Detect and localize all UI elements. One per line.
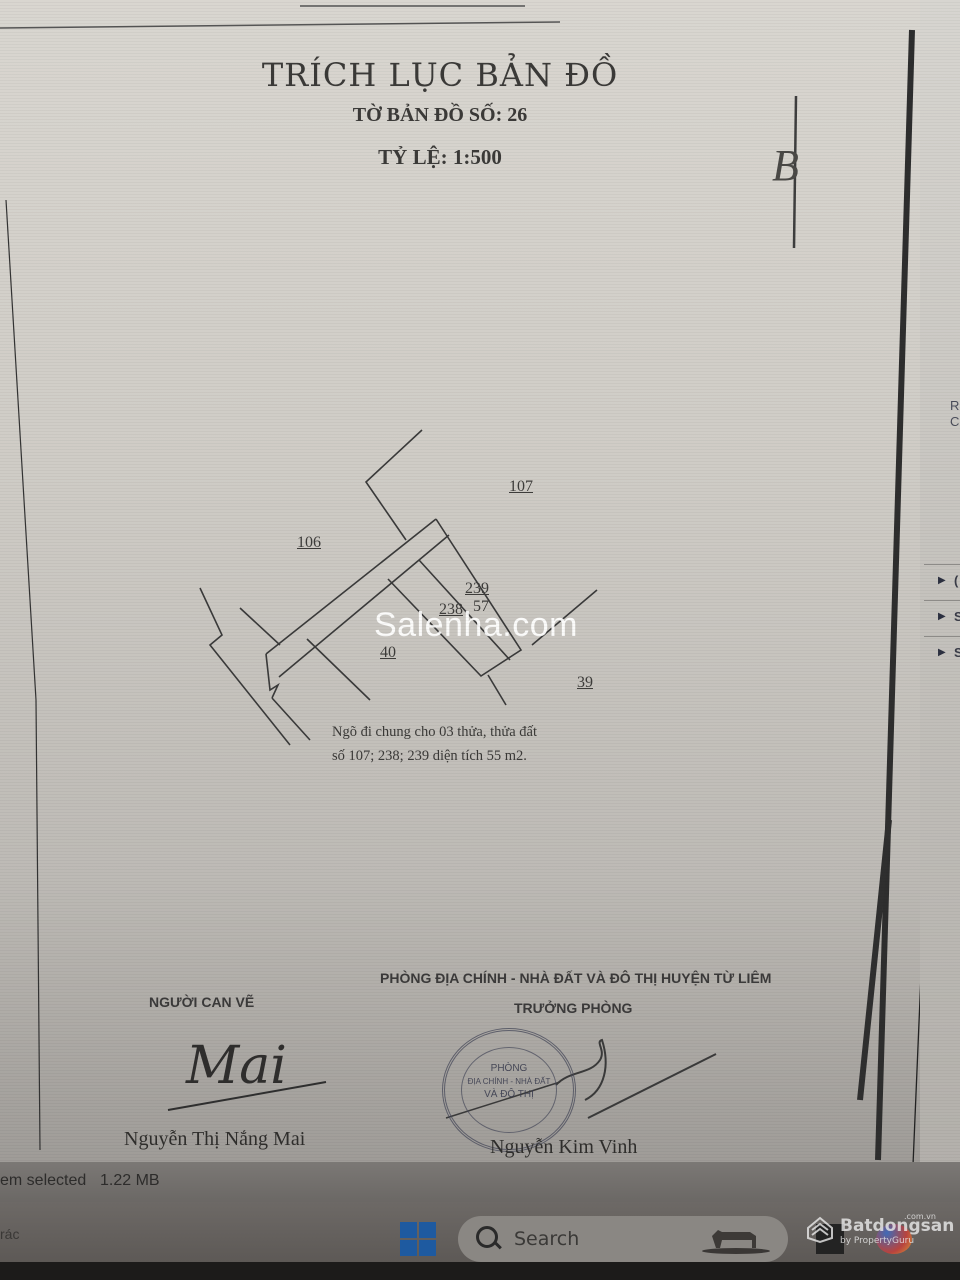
stamp-text: VÀ ĐÔ THỊ	[462, 1088, 556, 1101]
drafter-name: Nguyễn Thị Nắng Mai	[124, 1128, 305, 1151]
expand-arrow-icon: ▶	[938, 575, 946, 586]
brand-name: Batdongsan	[840, 1216, 954, 1236]
side-panel-row[interactable]: ▶ S	[924, 600, 960, 637]
batdongsan-logo-icon	[806, 1216, 834, 1244]
search-highlight-icon	[698, 1224, 772, 1254]
status-bar: em selected 1.22 MB	[0, 1162, 960, 1202]
search-placeholder: Search	[514, 1228, 579, 1250]
stamp-text: PHÒNG	[462, 1062, 556, 1075]
stamp-text: ĐỊA CHÍNH - NHÀ ĐẤT	[462, 1075, 556, 1088]
side-panel: R C ▶ ( ▶ S ▶ S	[920, 0, 960, 1170]
taskbar-weather-text[interactable]: rác	[0, 1226, 19, 1242]
document-page: TRÍCH LỤC BẢN ĐỒ TỜ BẢN ĐỒ SỐ: 26 TỶ LỆ:…	[0, 0, 960, 1170]
taskbar-search[interactable]: Search	[458, 1216, 788, 1262]
side-panel-row[interactable]: ▶ S	[924, 636, 960, 673]
selection-size: 1.22 MB	[100, 1172, 160, 1190]
selection-status: em selected	[0, 1172, 86, 1190]
monitor-bezel	[0, 1262, 960, 1280]
side-panel-text: C	[950, 414, 959, 429]
monitor-screen: TRÍCH LỤC BẢN ĐỒ TỜ BẢN ĐỒ SỐ: 26 TỶ LỆ:…	[0, 0, 960, 1170]
side-panel-text: R	[950, 398, 959, 413]
side-panel-row-label: (	[954, 573, 958, 588]
windows-start-icon[interactable]	[400, 1222, 436, 1256]
official-stamp: PHÒNG ĐỊA CHÍNH - NHÀ ĐẤT VÀ ĐÔ THỊ	[442, 1028, 576, 1152]
side-panel-row-label: S	[954, 609, 960, 624]
side-panel-row[interactable]: ▶ (	[924, 564, 960, 601]
office-head-name: Nguyễn Kim Vinh	[490, 1136, 637, 1159]
brand-byline: by PropertyGuru	[840, 1236, 914, 1246]
search-icon	[476, 1226, 498, 1248]
expand-arrow-icon: ▶	[938, 611, 946, 622]
expand-arrow-icon: ▶	[938, 647, 946, 658]
side-panel-row-label: S	[954, 645, 960, 660]
batdongsan-watermark: .com.vn Batdongsan by PropertyGuru	[806, 1212, 956, 1252]
signature-strokes	[0, 0, 960, 1170]
